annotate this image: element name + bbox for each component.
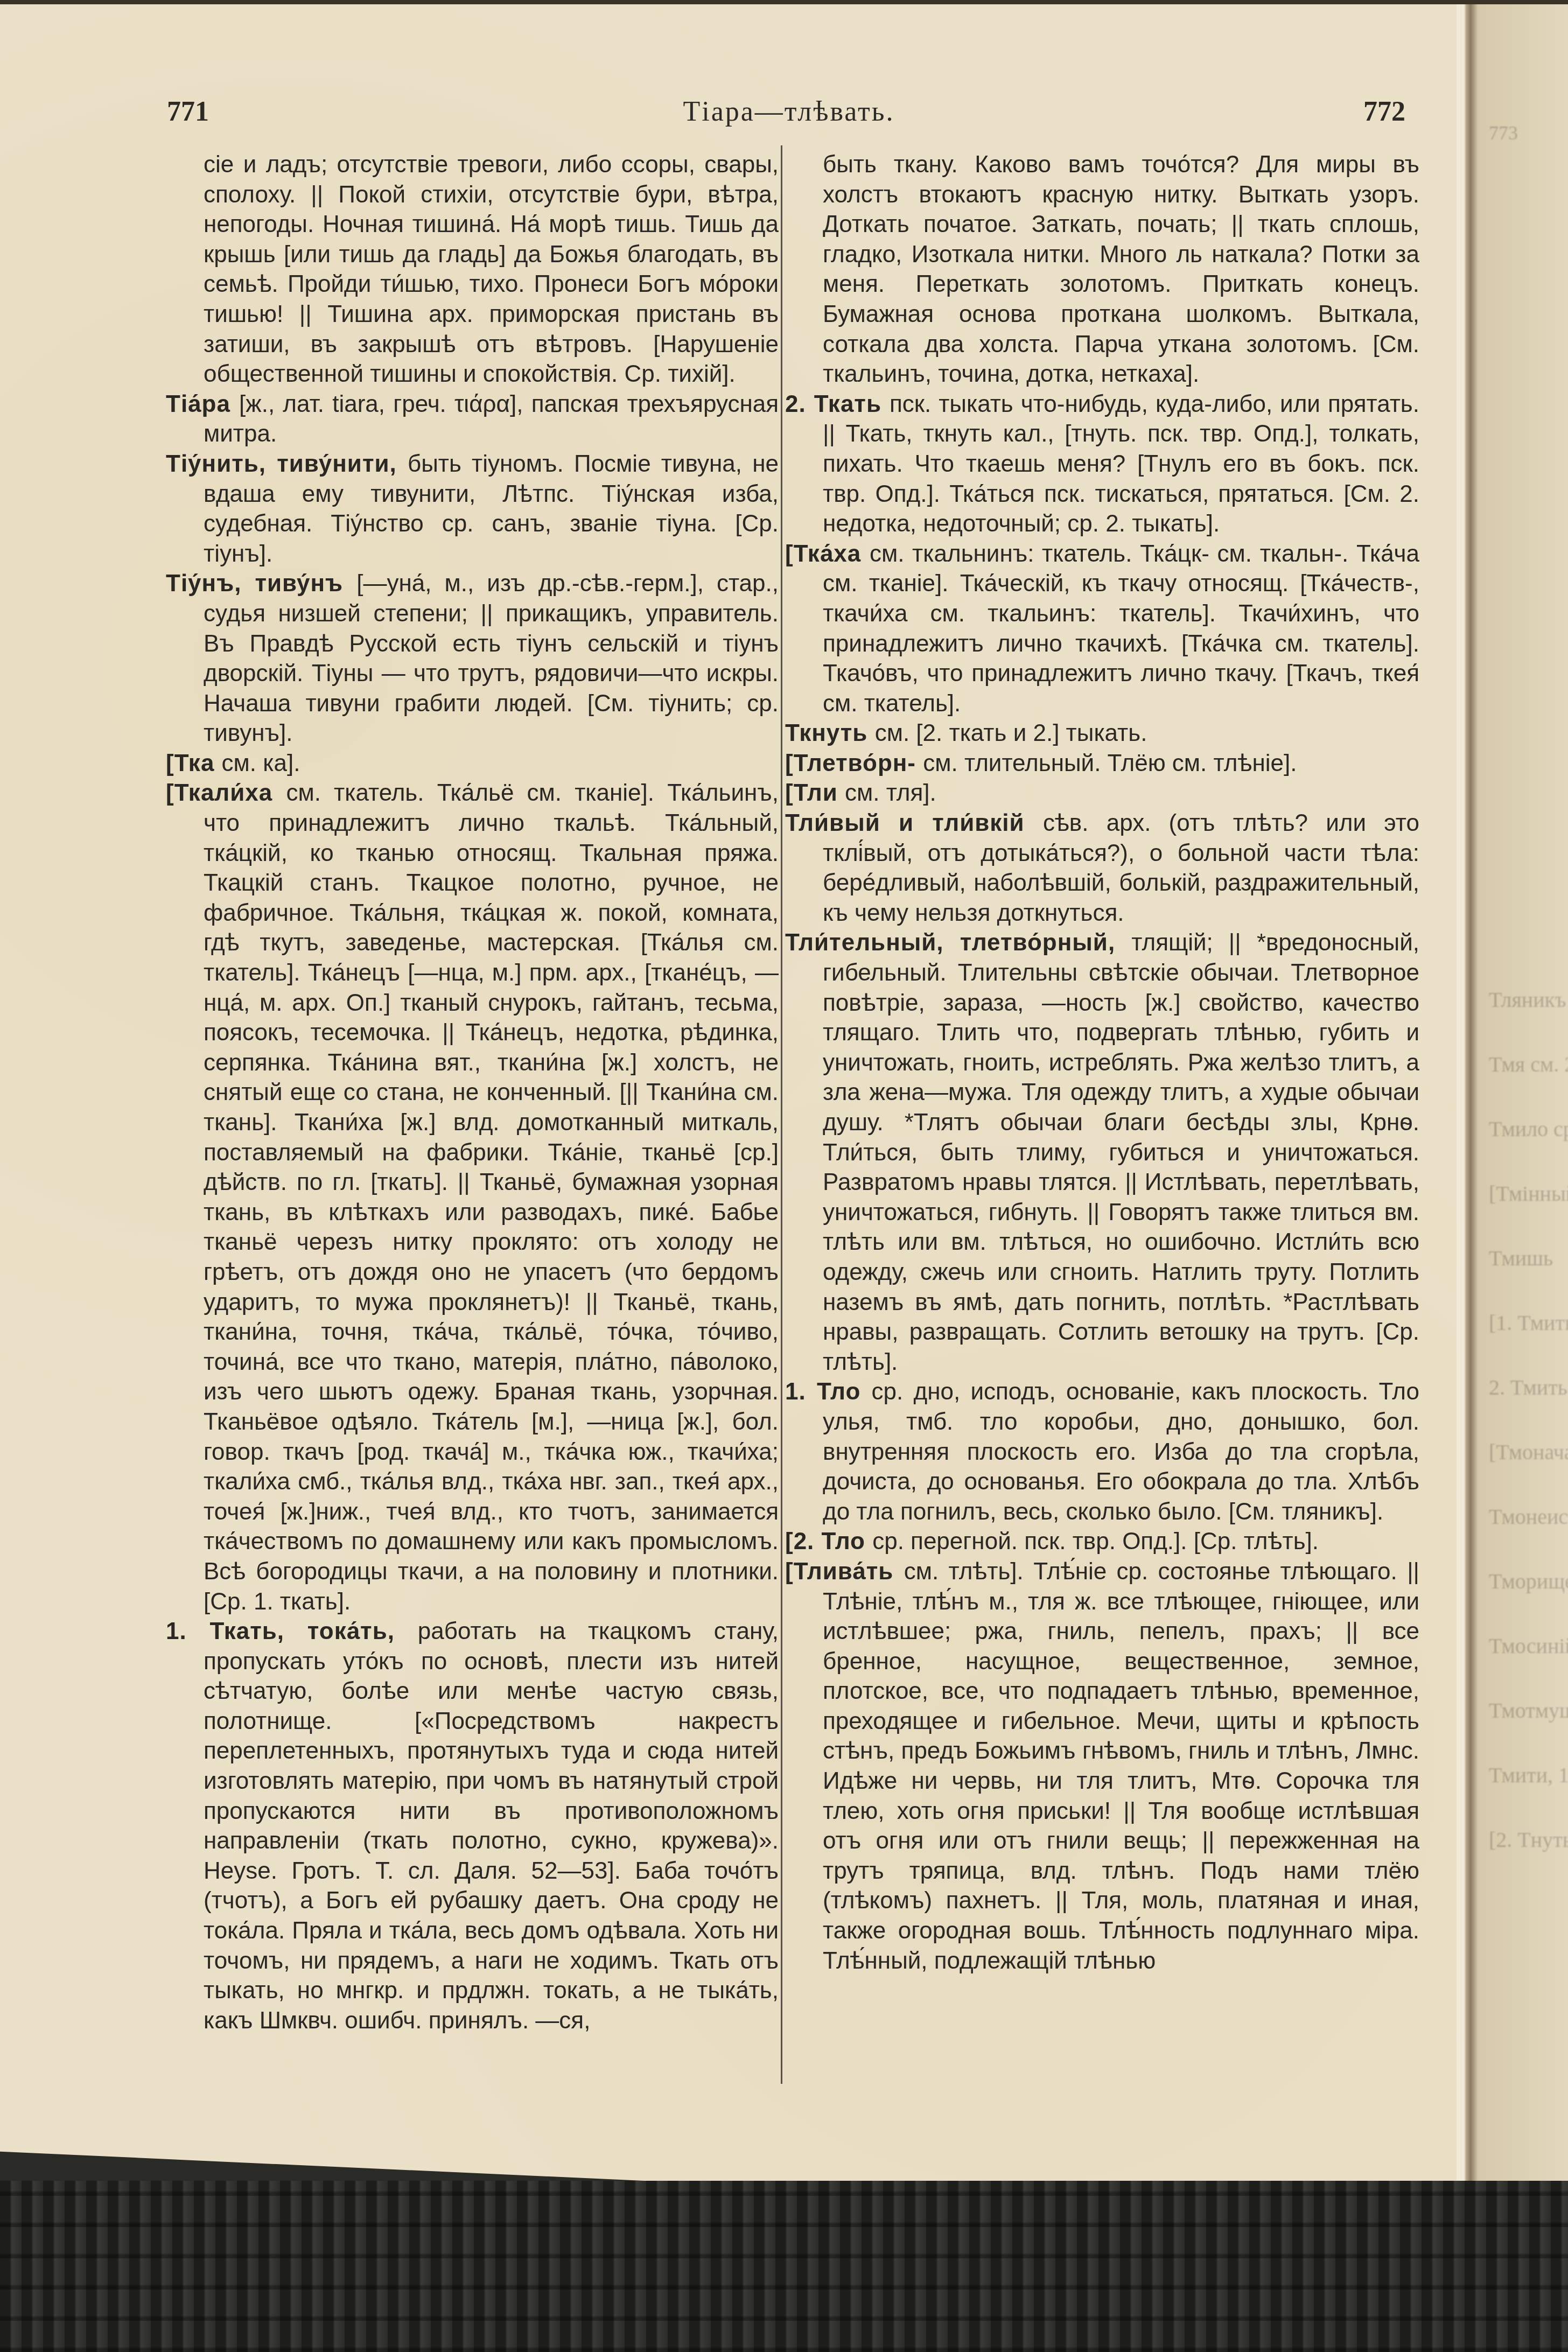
entry-text: см. тлительный. Тлёю см. тлѣніе]. bbox=[923, 750, 1297, 776]
entry-headword: Тіу́нить, тиву́нити, bbox=[166, 451, 408, 477]
adjacent-page-line: [Тмоначальн bbox=[1489, 1437, 1568, 1468]
dictionary-entry: 1. Тло ср. дно, исподъ, основаніе, какъ … bbox=[785, 1377, 1419, 1527]
dictionary-entry: Тіа́ра [ж., лат. tiara, греч. τιάρα], па… bbox=[166, 389, 779, 449]
entry-text: сіе и ладъ; отсутствіе тревоги, либо ссо… bbox=[204, 151, 779, 387]
page-header: 771 Тіара—тлѣвать. 772 bbox=[162, 96, 1416, 134]
adjacent-page-edge: 773 Тляникъ —Тмя см. 2.Тмило ср.[Тмінный… bbox=[1457, 4, 1568, 2239]
entry-headword: [2. Тло bbox=[785, 1528, 872, 1555]
adjacent-page-line: Тмотмущій, bbox=[1489, 1695, 1568, 1726]
adjacent-page-line: Тмя см. 2. bbox=[1489, 1049, 1568, 1080]
adjacent-page-line: Тмити, 1. bbox=[1489, 1760, 1568, 1791]
entry-headword: [Тка bbox=[166, 750, 222, 776]
entry-text: см. ткатель. Тка́льё см. тканіе]. Тка́ль… bbox=[204, 780, 779, 1614]
adjacent-page-line: Тляникъ — bbox=[1489, 984, 1568, 1016]
dictionary-entry: [2. Тло ср. перегной. пск. твр. Опд.]. [… bbox=[785, 1527, 1419, 1557]
entry-text: ср. дно, исподъ, основаніе, какъ плоскос… bbox=[823, 1378, 1419, 1524]
adjacent-page-line: 2. Тмить bbox=[1489, 1372, 1568, 1403]
adjacent-page-line: Тмишь bbox=[1489, 1243, 1568, 1274]
running-head: Тіара—тлѣвать. bbox=[162, 96, 1416, 128]
entry-text: см. тлѣть]. Тлѣ́ніе ср. состоянье тлѣюща… bbox=[823, 1558, 1419, 1974]
dictionary-entry: 2. Ткать пск. тыкать что-нибудь, куда-ли… bbox=[785, 389, 1419, 539]
column-divider bbox=[781, 145, 782, 2084]
adjacent-page-line: Тморищено bbox=[1489, 1566, 1568, 1597]
dictionary-entry: [Тлива́ть см. тлѣть]. Тлѣ́ніе ср. состоя… bbox=[785, 1557, 1419, 1976]
entry-headword: [Тли bbox=[785, 780, 845, 806]
entry-headword: Тли́вый и тли́вкій bbox=[785, 810, 1043, 836]
dictionary-entry: [Тлетво́рн- см. тлительный. Тлёю см. тлѣ… bbox=[785, 748, 1419, 779]
dictionary-entry: Тли́тельный, тлетво́рный, тлящій; || *вр… bbox=[785, 928, 1419, 1377]
entry-text: быть ткану. Каково вамъ точо́тся? Для ми… bbox=[823, 151, 1419, 387]
entry-continuation: быть ткану. Каково вамъ точо́тся? Для ми… bbox=[785, 150, 1419, 389]
adjacent-page-line: Тмосиній, bbox=[1489, 1630, 1568, 1662]
entry-headword: 1. Тло bbox=[785, 1378, 872, 1405]
adjacent-page-line: [2. Тнуть bbox=[1489, 1824, 1568, 1856]
dictionary-entry: Тіу́нить, тиву́нити, быть тіуномъ. Посмі… bbox=[166, 449, 779, 569]
adjacent-page-number: 773 bbox=[1489, 117, 1568, 149]
entry-text: см. ткальнинъ: ткатель. Тка́цк- см. ткал… bbox=[823, 541, 1419, 717]
right-column: быть ткану. Каково вамъ точо́тся? Для ми… bbox=[785, 150, 1419, 1976]
dictionary-entry: 1. Ткать, тока́ть, работать на ткацкомъ … bbox=[166, 1616, 779, 2035]
adjacent-page-line: [1. Тмить bbox=[1489, 1307, 1568, 1339]
dictionary-entry: Тли́вый и тли́вкій сѣв. арх. (отъ тлѣть?… bbox=[785, 808, 1419, 928]
entry-headword: [Ткали́ха bbox=[166, 780, 286, 806]
background-surface bbox=[0, 2181, 1568, 2352]
entry-headword: Ткнуть bbox=[785, 720, 875, 746]
dictionary-entry: Ткнуть см. [2. ткать и 2.] тыкать. bbox=[785, 718, 1419, 748]
adjacent-page-line: Тмонеистов bbox=[1489, 1501, 1568, 1532]
dictionary-entry: Тіу́нъ, тиву́нъ [—уна́, м., изъ др.-сѣв.… bbox=[166, 569, 779, 748]
entry-text: см. тля]. bbox=[845, 780, 936, 806]
entry-text: ср. перегной. пск. твр. Опд.]. [Ср. тлѣт… bbox=[872, 1528, 1319, 1555]
entry-continuation: сіе и ладъ; отсутствіе тревоги, либо ссо… bbox=[166, 150, 779, 389]
entry-headword: [Тлетво́рн- bbox=[785, 750, 923, 776]
entry-text: см. [2. ткать и 2.] тыкать. bbox=[875, 720, 1147, 746]
entry-headword: Тіа́ра bbox=[166, 391, 239, 417]
dictionary-entry: [Ткали́ха см. ткатель. Тка́льё см. ткані… bbox=[166, 778, 779, 1616]
entry-text: тлящій; || *вредоносный, гибельный. Тлит… bbox=[823, 929, 1419, 1375]
entry-headword: [Тлива́ть bbox=[785, 1558, 904, 1585]
left-column: сіе и ладъ; отсутствіе тревоги, либо ссо… bbox=[166, 150, 779, 2035]
entry-headword: Тли́тельный, тлетво́рный, bbox=[785, 929, 1131, 956]
dictionary-entry: [Тка́ха см. ткальнинъ: ткатель. Тка́цк- … bbox=[785, 539, 1419, 719]
entry-text: работать на ткацкомъ стану, пропускать у… bbox=[204, 1618, 779, 2034]
entry-headword: Тіу́нъ, тиву́нъ bbox=[166, 570, 356, 597]
entry-text: см. ка]. bbox=[222, 750, 300, 776]
entry-headword: 1. Ткать, тока́ть, bbox=[166, 1618, 418, 1644]
dictionary-entry: [Тли см. тля]. bbox=[785, 778, 1419, 808]
adjacent-page-line: Тмило ср. bbox=[1489, 1114, 1568, 1145]
entry-headword: 2. Ткать bbox=[785, 391, 890, 417]
entry-text: [ж., лат. tiara, греч. τιάρα], папская т… bbox=[204, 391, 779, 447]
dictionary-entry: [Тка см. ка]. bbox=[166, 748, 779, 779]
page-number-right: 772 bbox=[1363, 96, 1405, 128]
adjacent-page-line: [Тмінный bbox=[1489, 1178, 1568, 1209]
entry-headword: [Тка́ха bbox=[785, 541, 870, 567]
entry-text: [—уна́, м., изъ др.-сѣв.-герм.], стар., … bbox=[204, 570, 779, 746]
entry-text: пск. тыкать что-нибудь, куда-либо, или п… bbox=[823, 391, 1419, 537]
